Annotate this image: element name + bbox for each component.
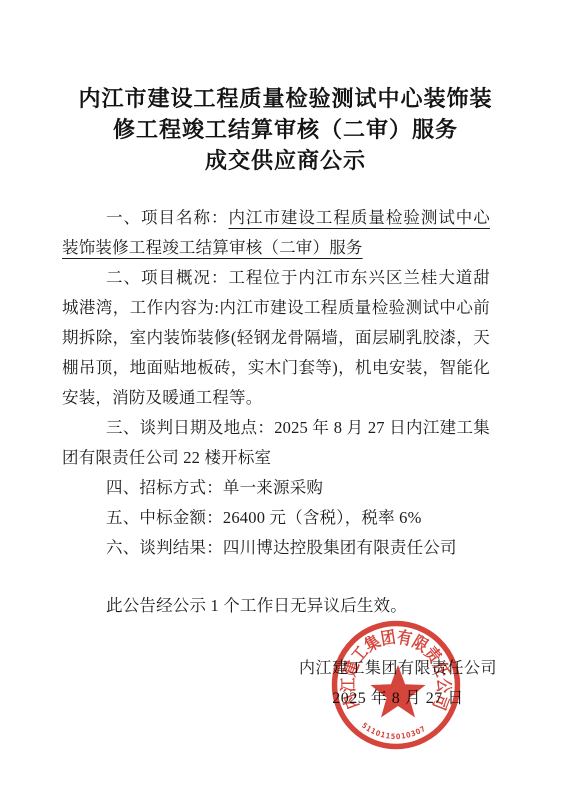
seal-number-text: 5110115010307 — [360, 721, 428, 741]
document-body: 一、项目名称：内江市建设工程质量检验测试中心装饰装修工程竣工结算审核（二审）服务… — [62, 203, 490, 621]
title-line-3: 成交供应商公示 — [46, 146, 526, 177]
signature-date: 2025 年 8 月 27 日 — [299, 684, 497, 714]
item-award-amount: 五、中标金额：26400 元（含税），税率 6% — [62, 503, 490, 533]
item-negotiation-result: 六、谈判结果：四川博达控股集团有限责任公司 — [62, 533, 490, 563]
item-project-name-label: 一、项目名称： — [106, 208, 228, 227]
item-project-overview: 二、项目概况：工程位于内江市东兴区兰桂大道甜城港湾，工作内容为:内江市建设工程质… — [62, 263, 490, 413]
effective-note: 此公告经公示 1 个工作日无异议后生效。 — [62, 591, 490, 621]
seal-number-textpath: 5110115010307 — [360, 721, 428, 741]
title-line-1: 内江市建设工程质量检验测试中心装饰装 — [46, 84, 526, 115]
title-line-2: 修工程竣工结算审核（二审）服务 — [46, 115, 526, 146]
document-title: 内江市建设工程质量检验测试中心装饰装 修工程竣工结算审核（二审）服务 成交供应商… — [46, 84, 526, 177]
item-negotiation-date-place: 三、谈判日期及地点：2025 年 8 月 27 日内江建工集团有限责任公司 22… — [62, 413, 490, 473]
signature-company: 内江建工集团有限责任公司 — [299, 654, 497, 684]
document-page: 内江市建设工程质量检验测试中心装饰装 修工程竣工结算审核（二审）服务 成交供应商… — [0, 0, 571, 808]
item-project-name: 一、项目名称：内江市建设工程质量检验测试中心装饰装修工程竣工结算审核（二审）服务 — [62, 203, 490, 263]
signature-block: 内江建工集团有限责任公司 2025 年 8 月 27 日 — [299, 654, 497, 714]
item-bidding-method: 四、招标方式：单一来源采购 — [62, 473, 490, 503]
